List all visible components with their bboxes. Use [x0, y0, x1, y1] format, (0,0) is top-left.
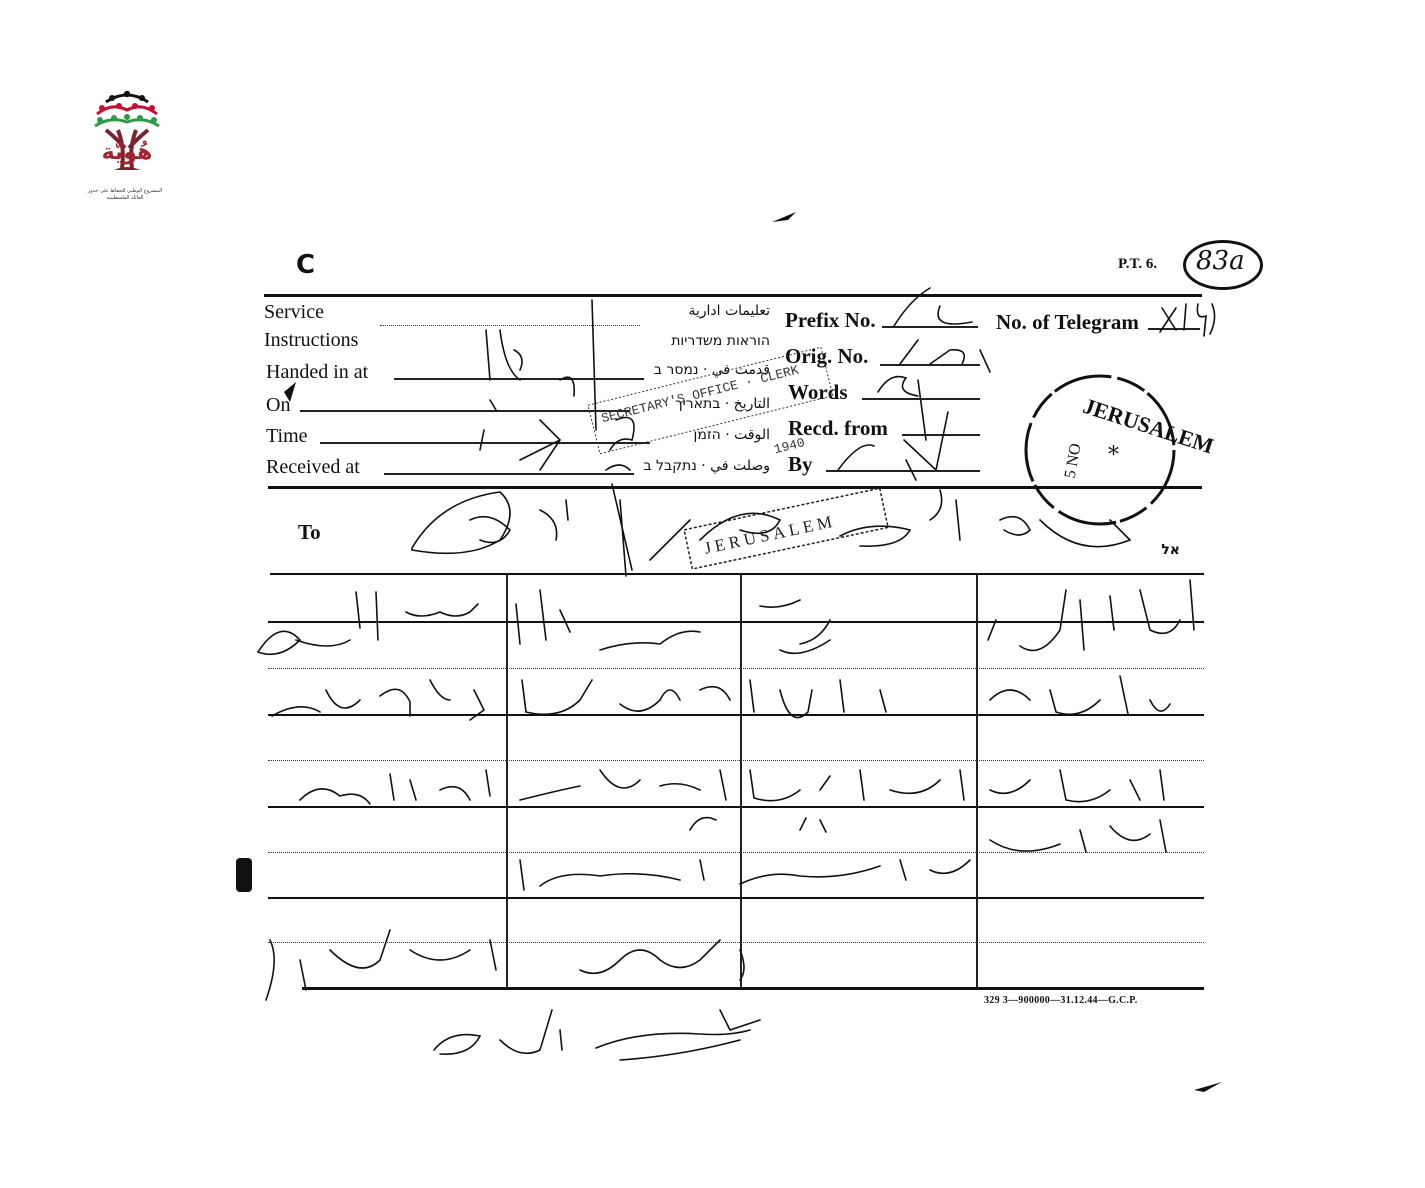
family-tree-logo-icon — [92, 58, 162, 208]
service-line — [380, 325, 640, 326]
recd-from-label: Recd. from — [788, 416, 888, 441]
form-code: P.T. 6. — [1118, 256, 1157, 273]
time-label: Time — [266, 425, 308, 448]
service-label-local: تعليمات ادارية — [660, 303, 770, 319]
form-letter: C — [296, 250, 315, 280]
column-divider — [976, 575, 978, 987]
instructions-label-local: הוראות משדריות — [640, 333, 770, 349]
jerusalem-box-stamp-icon: JERUSALEM — [684, 488, 888, 569]
by-label: By — [788, 452, 813, 477]
words-label: Words — [788, 380, 848, 405]
column-divider — [506, 575, 508, 987]
form-footer-code: 329 3—900000—31.12.44—G.C.P. — [984, 995, 1138, 1006]
jerusalem-postmark-icon: JERUSALEM * 5 NO — [1026, 376, 1217, 524]
message-row-rule — [268, 714, 1204, 716]
service-label: Service — [264, 301, 324, 324]
message-bottom-rule — [302, 987, 1204, 990]
telegram-no-line — [1148, 328, 1200, 330]
handwritten-reference: 83a — [1196, 246, 1245, 276]
time-line — [320, 442, 650, 444]
received-at-line — [384, 473, 634, 475]
top-rule — [264, 294, 1202, 297]
handed-in-label-local: قدمت في · נמסר ב — [640, 362, 770, 378]
logo-wordmark: هُويّة — [96, 140, 158, 165]
on-label-local: التاريخ · בתאריך — [620, 396, 770, 412]
telegram-no-label: No. of Telegram — [996, 310, 1139, 335]
svg-text:JERUSALEM: JERUSALEM — [702, 511, 837, 557]
message-row-rule — [268, 852, 1204, 853]
to-label-local: אל — [1140, 542, 1180, 558]
received-at-label-local: وصلت في · נתקבל ב — [620, 458, 770, 474]
svg-text:*: * — [1108, 443, 1119, 468]
by-line — [826, 470, 980, 472]
orig-no-line — [880, 364, 980, 366]
to-label: To — [298, 520, 321, 545]
handed-in-label: Handed in at — [266, 361, 368, 384]
received-at-label: Received at — [266, 456, 360, 479]
message-row-rule — [268, 668, 1204, 669]
to-bottom-rule — [270, 573, 1204, 575]
svg-text:5 NO: 5 NO — [1062, 442, 1085, 480]
prefix-no-label: Prefix No. — [785, 308, 876, 333]
message-row-rule — [268, 760, 1204, 761]
recd-from-line — [902, 434, 980, 436]
on-label: On — [266, 394, 290, 417]
message-row-rule — [268, 621, 1204, 623]
handed-in-line — [394, 378, 644, 380]
on-line — [300, 410, 630, 412]
prefix-no-line — [882, 326, 978, 328]
column-divider — [740, 575, 742, 987]
logo-caption: المشروع الوطني للحفاظ على جذور العائلة ا… — [84, 188, 166, 202]
header-bottom-rule — [268, 486, 1202, 489]
time-label-local: الوقت · הזמן — [640, 427, 770, 443]
handwriting-layer: JERUSALEM * 5 NO JERUSALEM SECRETARY'S O… — [0, 0, 1425, 1188]
instructions-label: Instructions — [264, 329, 358, 352]
svg-text:JERUSALEM: JERUSALEM — [1080, 393, 1217, 459]
words-line — [862, 398, 980, 400]
message-row-rule — [268, 897, 1204, 899]
orig-no-label: Orig. No. — [785, 344, 868, 369]
message-row-rule — [268, 806, 1204, 808]
message-row-rule — [268, 942, 1204, 943]
